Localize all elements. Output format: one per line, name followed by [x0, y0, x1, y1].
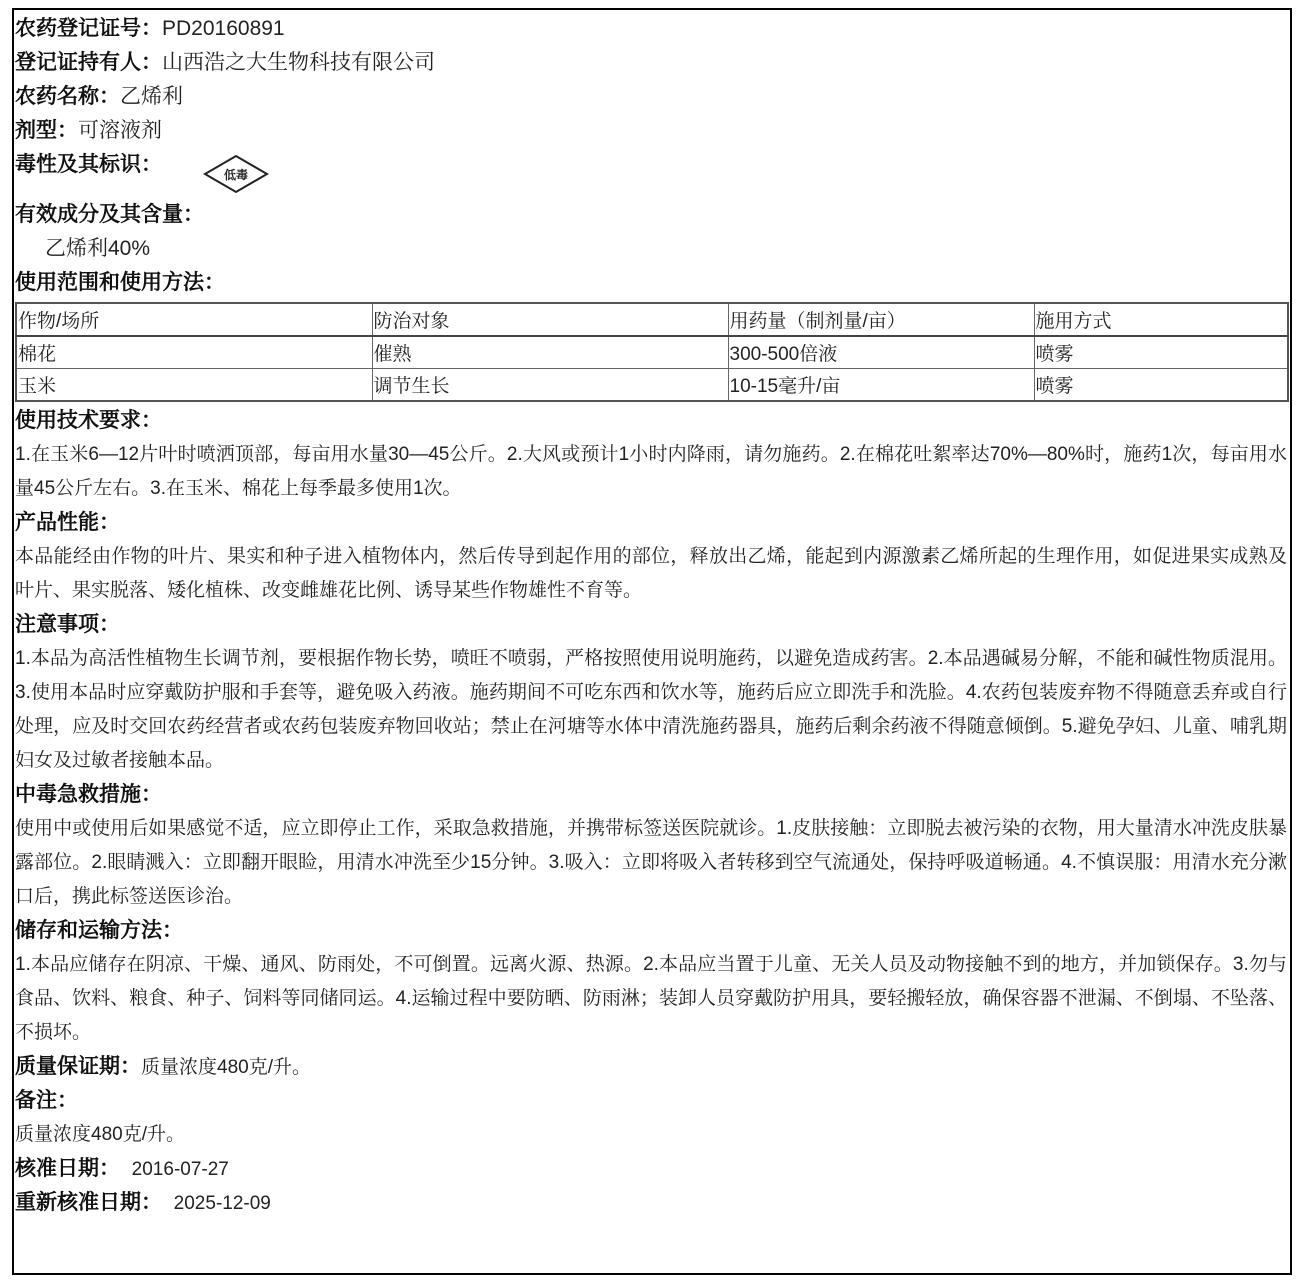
- reapproval-date-row: 重新核准日期： 2025-12-09: [15, 1186, 1289, 1220]
- reapproval-date-value: 2025-12-09: [174, 1193, 271, 1214]
- holder-label: 登记证持有人：: [15, 51, 162, 74]
- cell-crop: 棉花: [16, 336, 372, 369]
- approval-date-label: 核准日期：: [15, 1157, 120, 1180]
- cell-target: 催熟: [372, 336, 728, 369]
- remarks-text: 质量浓度480克/升。: [15, 1118, 1287, 1152]
- pesticide-name-label: 农药名称：: [15, 85, 120, 108]
- table-row: 棉花 催熟 300-500倍液 喷雾: [16, 336, 1288, 369]
- registration-number-row: 农药登记证号：PD20160891: [15, 12, 1289, 46]
- ingredient-heading: 有效成分及其含量：: [15, 198, 1289, 232]
- storage-heading: 储存和运输方法：: [15, 914, 1289, 948]
- toxicity-label: 毒性及其标识：: [15, 153, 162, 176]
- registration-number-label: 农药登记证号：: [15, 17, 162, 40]
- cell-method: 喷雾: [1034, 336, 1288, 369]
- reapproval-date-label: 重新核准日期：: [15, 1191, 162, 1214]
- ingredient-value: 乙烯利40%: [15, 232, 1289, 266]
- usage-heading: 使用范围和使用方法：: [15, 266, 1289, 300]
- holder-row: 登记证持有人：山西浩之大生物科技有限公司: [15, 46, 1289, 80]
- cell-dosage: 10-15毫升/亩: [728, 369, 1034, 402]
- low-toxicity-diamond-icon: 低毒: [201, 152, 271, 196]
- column-header-target: 防治对象: [372, 303, 728, 336]
- warranty-value: 质量浓度480克/升。: [141, 1057, 311, 1078]
- cell-dosage: 300-500倍液: [728, 336, 1034, 369]
- holder-value: 山西浩之大生物科技有限公司: [162, 51, 435, 74]
- cell-crop: 玉米: [16, 369, 372, 402]
- warranty-label: 质量保证期：: [15, 1055, 141, 1078]
- toxicity-icon-text: 低毒: [224, 167, 248, 182]
- first-aid-text: 使用中或使用后如果感觉不适，应立即停止工作，采取急救措施，并携带标签送医院就诊。…: [15, 812, 1287, 914]
- technical-text: 1.在玉米6—12片叶时喷洒顶部，每亩用水量30—45公斤。2.大风或预计1小时…: [15, 438, 1287, 506]
- cell-method: 喷雾: [1034, 369, 1288, 402]
- precautions-heading: 注意事项：: [15, 608, 1289, 642]
- pesticide-label-document: 农药登记证号：PD20160891 登记证持有人：山西浩之大生物科技有限公司 农…: [15, 12, 1289, 1220]
- approval-date-value: 2016-07-27: [132, 1159, 229, 1180]
- performance-heading: 产品性能：: [15, 506, 1289, 540]
- table-row: 玉米 调节生长 10-15毫升/亩 喷雾: [16, 369, 1288, 402]
- column-header-crop: 作物/场所: [16, 303, 372, 336]
- formulation-row: 剂型：可溶液剂: [15, 114, 1289, 148]
- pesticide-name-value: 乙烯利: [120, 85, 183, 108]
- formulation-label: 剂型：: [15, 119, 78, 142]
- technical-heading: 使用技术要求：: [15, 404, 1289, 438]
- column-header-method: 施用方式: [1034, 303, 1288, 336]
- toxicity-row: 毒性及其标识： 低毒: [15, 148, 1289, 198]
- approval-date-row: 核准日期： 2016-07-27: [15, 1152, 1289, 1186]
- registration-number-value: PD20160891: [162, 17, 285, 40]
- formulation-value: 可溶液剂: [78, 119, 162, 142]
- warranty-row: 质量保证期：质量浓度480克/升。: [15, 1050, 1289, 1084]
- remarks-heading: 备注：: [15, 1084, 1289, 1118]
- pesticide-name-row: 农药名称：乙烯利: [15, 80, 1289, 114]
- usage-table: 作物/场所 防治对象 用药量（制剂量/亩） 施用方式 棉花 催熟 300-500…: [15, 302, 1289, 402]
- storage-text: 1.本品应储存在阴凉、干燥、通风、防雨处，不可倒置。远离火源、热源。2.本品应当…: [15, 948, 1287, 1050]
- ingredient-text: 乙烯利40%: [45, 237, 150, 260]
- column-header-dosage: 用药量（制剂量/亩）: [728, 303, 1034, 336]
- cell-target: 调节生长: [372, 369, 728, 402]
- precautions-text: 1.本品为高活性植物生长调节剂，要根据作物长势，喷旺不喷弱，严格按照使用说明施药…: [15, 642, 1287, 778]
- usage-table-header: 作物/场所 防治对象 用药量（制剂量/亩） 施用方式: [16, 303, 1288, 336]
- performance-text: 本品能经由作物的叶片、果实和种子进入植物体内，然后传导到起作用的部位，释放出乙烯…: [15, 540, 1287, 608]
- first-aid-heading: 中毒急救措施：: [15, 778, 1289, 812]
